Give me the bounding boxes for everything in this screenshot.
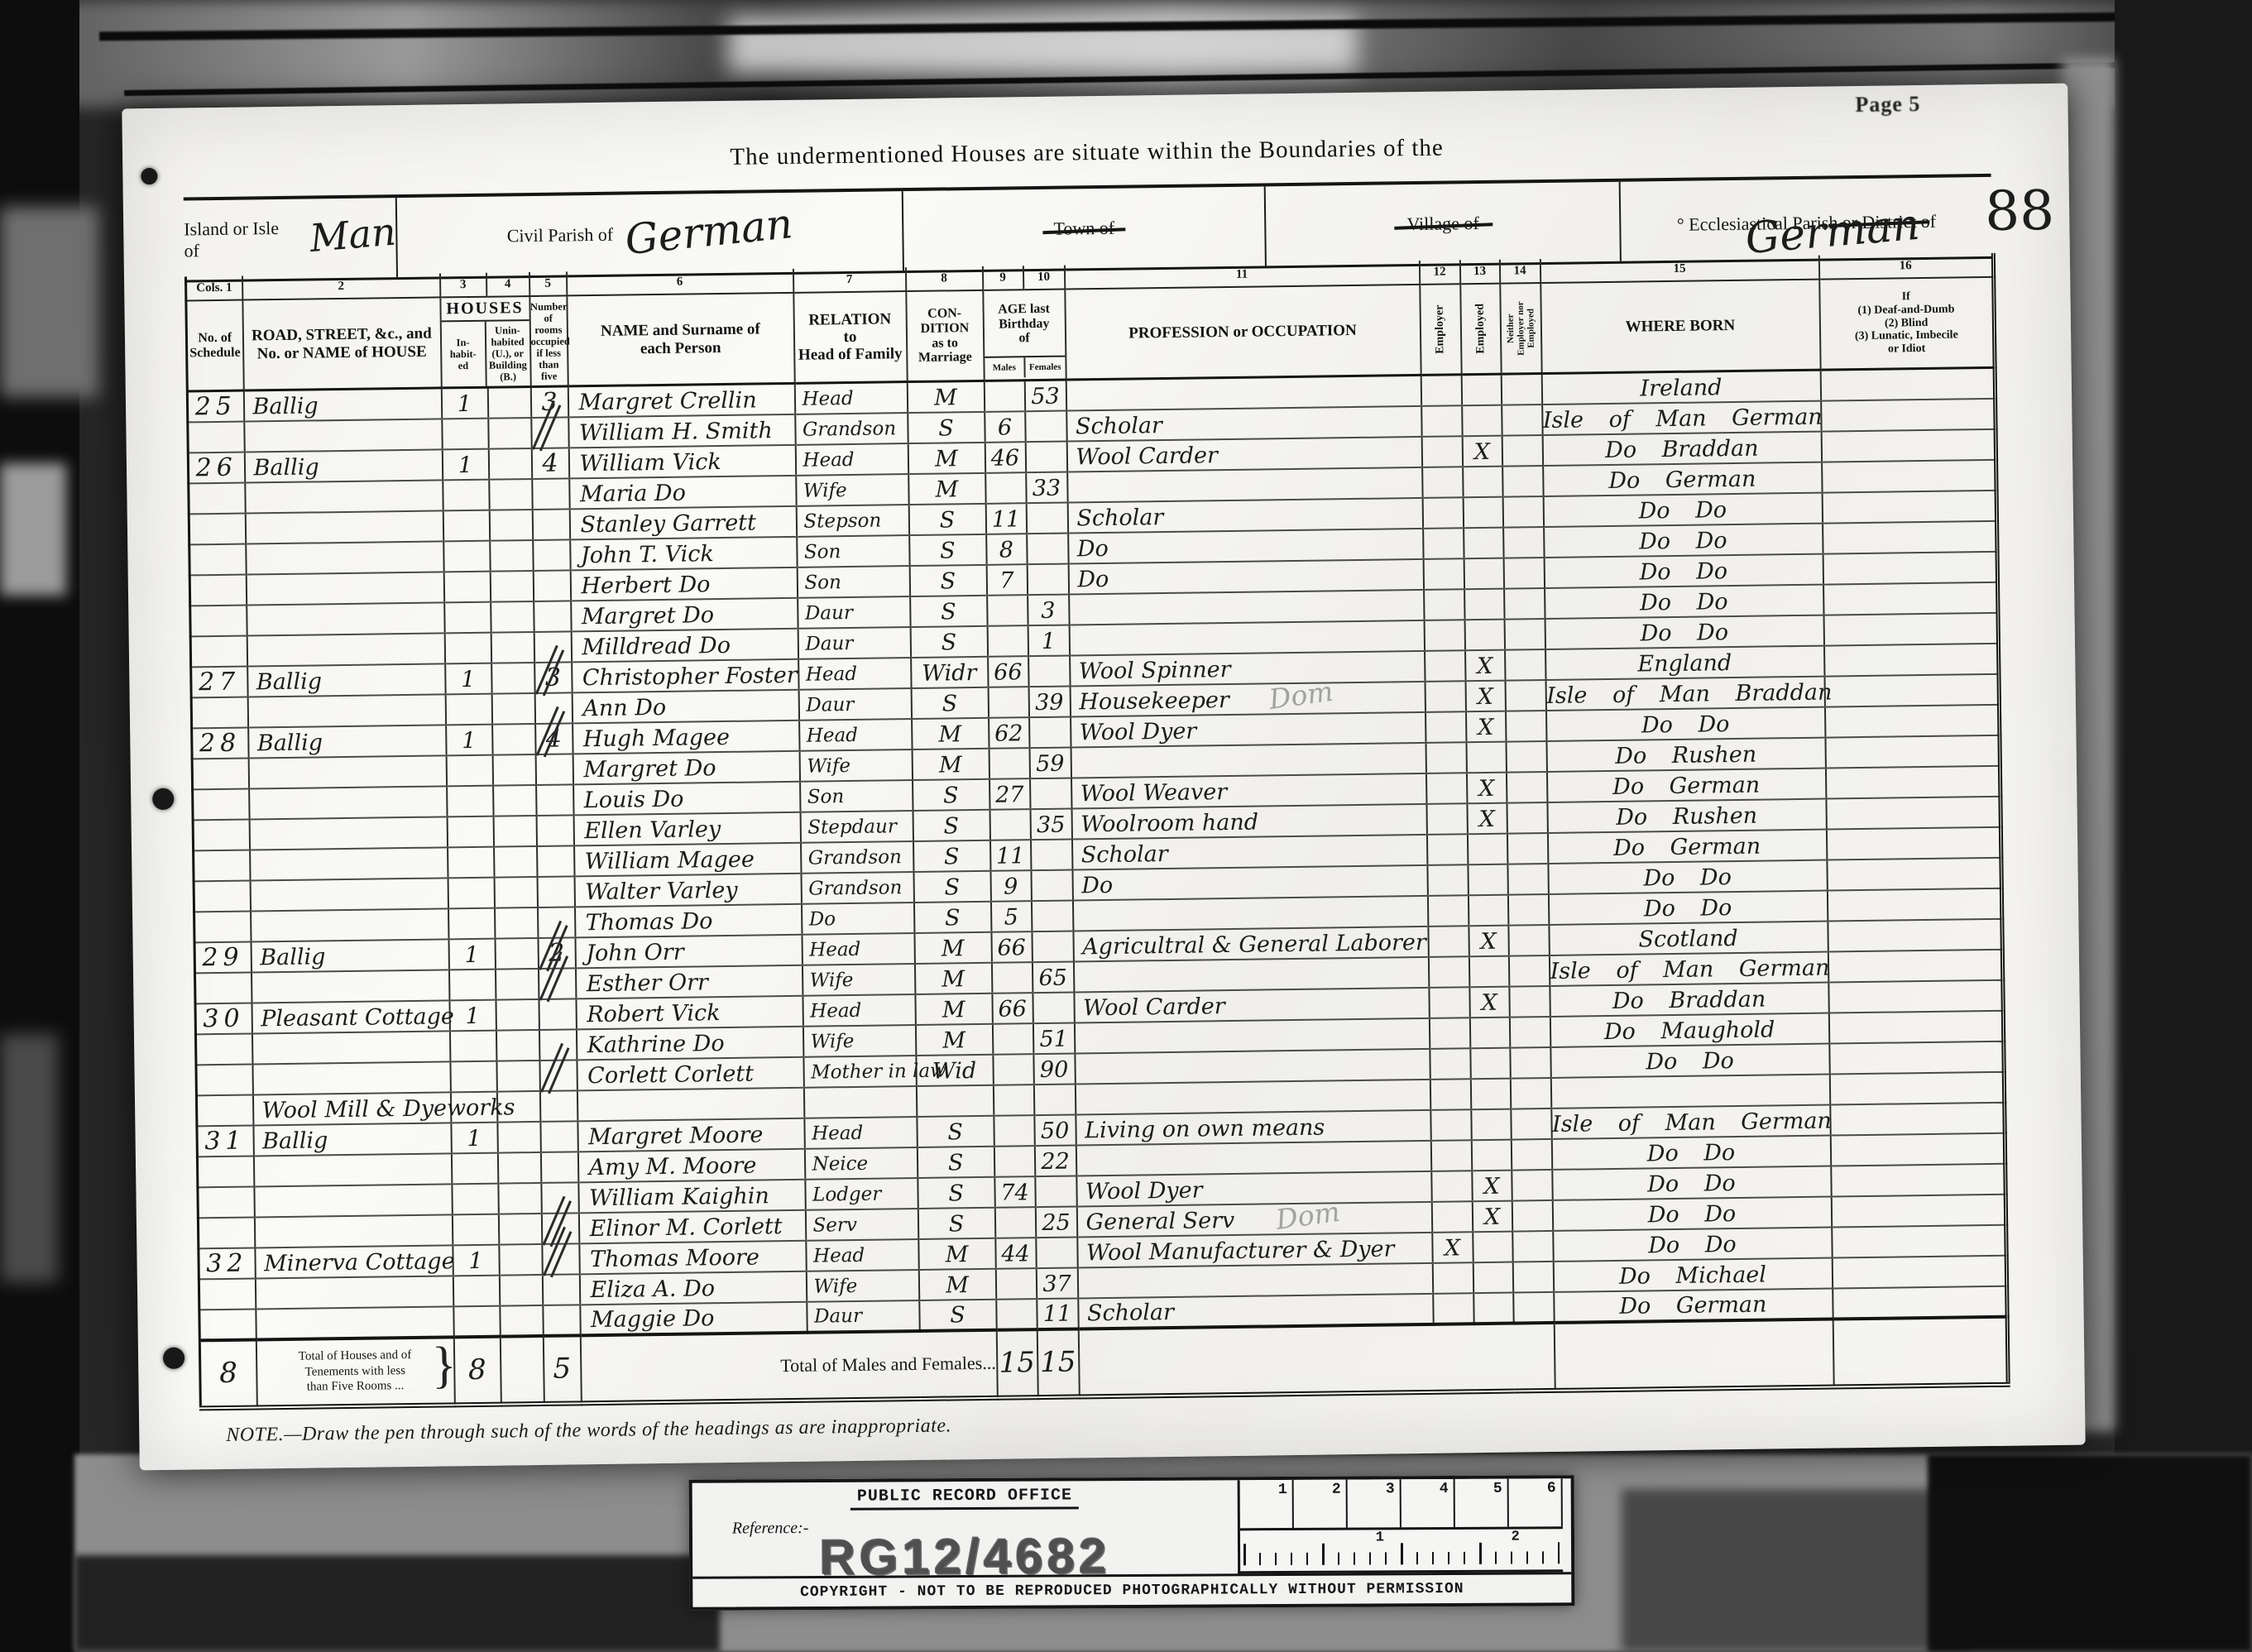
cell-road xyxy=(247,602,444,635)
cell-inhabited xyxy=(452,1214,498,1245)
cell-employer xyxy=(1425,773,1466,804)
cell-inhabited xyxy=(447,785,493,816)
cell-age_f: 90 xyxy=(1033,1053,1075,1085)
cell-uninhabited xyxy=(493,784,536,816)
cell-road xyxy=(254,1214,452,1247)
cell-relation: Head xyxy=(794,382,907,414)
cell-born: Do Do xyxy=(1545,706,1824,740)
cell-age_f xyxy=(1031,900,1072,931)
cell-relation: Grandson xyxy=(795,413,908,445)
totals-males-females-label: Total of Males and Females... xyxy=(580,1329,997,1403)
scan-artifact xyxy=(1622,1489,1969,1652)
cell-road: Ballig xyxy=(253,1123,451,1156)
cell-name: William Kaighin xyxy=(578,1179,805,1213)
cell-condition: S xyxy=(918,1176,994,1208)
cell-condition: Wid xyxy=(916,1054,993,1085)
cell-employed xyxy=(1463,466,1502,497)
village-label-struck: Village of xyxy=(1406,213,1479,235)
cell-uninhabited xyxy=(488,418,531,449)
cell-employer xyxy=(1432,1262,1473,1294)
cell-schedule: 30 xyxy=(195,1003,252,1034)
cell-schedule xyxy=(189,513,245,544)
cell-schedule: 32 xyxy=(199,1247,255,1279)
cell-age_f xyxy=(1025,441,1066,472)
cell-employed xyxy=(1470,1047,1510,1079)
cell-born: Do Do xyxy=(1550,1043,1829,1077)
cell-neither xyxy=(1512,1169,1552,1200)
cell-infirm xyxy=(1828,979,2003,1013)
cell-infirm xyxy=(1823,520,1997,553)
scan-artifact xyxy=(74,1555,720,1652)
totals-born-empty xyxy=(1554,1319,1833,1390)
cell-infirm xyxy=(1833,1286,2007,1319)
cell-condition: S xyxy=(913,901,990,932)
cell-neither xyxy=(1511,1108,1551,1139)
cell-name: John Orr xyxy=(575,934,802,968)
cell-relation: Do xyxy=(801,903,913,935)
cell-employed xyxy=(1473,1262,1512,1293)
civil-parish-field: Civil Parish of German xyxy=(397,191,904,277)
cell-condition: M xyxy=(915,1023,992,1055)
cell-relation: Head xyxy=(799,719,912,751)
cell-born: Do Do xyxy=(1548,860,1827,893)
cell-inhabited xyxy=(443,540,490,572)
cell-occupation: Wool Dyer xyxy=(1071,711,1425,747)
ecclesiastical-parish-field: ° Ecclesiastical Parish or District of G… xyxy=(1621,177,1992,261)
cell-age_f: 51 xyxy=(1033,1022,1074,1054)
cell-age_m: 11 xyxy=(985,503,1026,534)
cell-age_f xyxy=(1025,410,1066,442)
cell-infirm xyxy=(1831,1194,2005,1227)
cell-rooms xyxy=(538,968,575,999)
cell-road xyxy=(245,510,443,543)
cell-age_m xyxy=(991,962,1032,994)
cell-inhabited xyxy=(443,510,489,541)
cell-employer xyxy=(1430,1109,1471,1141)
cell-inhabited xyxy=(453,1275,499,1306)
cell-age_f xyxy=(1036,1237,1077,1268)
cell-condition: S xyxy=(913,809,989,840)
cell-occupation xyxy=(1066,375,1421,410)
cell-rooms xyxy=(535,754,573,785)
cell-schedule xyxy=(195,1033,252,1065)
cell-rooms xyxy=(534,601,571,632)
cell-schedule xyxy=(193,819,249,850)
cell-age_f xyxy=(1030,839,1071,870)
cell-rooms xyxy=(531,417,568,448)
cell-relation: Daur xyxy=(807,1300,919,1332)
cell-rooms xyxy=(532,478,569,510)
cell-neither xyxy=(1513,1291,1554,1323)
cell-uninhabited xyxy=(489,479,532,510)
cell-age_m xyxy=(987,595,1028,626)
cell-occupation: Scholar xyxy=(1066,405,1421,441)
cell-condition: S xyxy=(908,411,985,443)
cell-infirm xyxy=(1828,918,2002,951)
cell-infirm xyxy=(1827,857,2001,890)
header-infirmities: If (1) Deaf-and-Dumb (2) Blind (3) Lunat… xyxy=(1819,277,1995,370)
cell-employer xyxy=(1423,528,1464,559)
cell-relation: Grandson xyxy=(801,841,913,874)
header-profession: PROFESSION or OCCUPATION xyxy=(1065,285,1421,380)
cell-condition: S xyxy=(913,870,990,902)
cell-relation: Grandson xyxy=(801,872,913,904)
cell-neither xyxy=(1510,1077,1550,1109)
hole-punch xyxy=(141,168,157,184)
cell-relation: Daur xyxy=(798,688,911,721)
village-field: Village of xyxy=(1266,182,1622,266)
cell-occupation xyxy=(1069,589,1424,625)
cell-age_f: 39 xyxy=(1028,686,1070,717)
cell-road: Ballig xyxy=(244,449,442,482)
cell-inhabited: 1 xyxy=(449,999,496,1031)
cell-inhabited xyxy=(446,754,492,786)
census-table-body: 25Ballig13Margret CrellinHeadM53IrelandW… xyxy=(187,367,2007,1340)
cell-age_f: 11 xyxy=(1037,1298,1078,1329)
cell-rooms xyxy=(539,998,576,1030)
cell-born: Do German xyxy=(1554,1288,1833,1322)
cell-age_f: 1 xyxy=(1028,625,1069,656)
totals-uninhabited xyxy=(500,1335,544,1404)
cell-relation: Neice xyxy=(804,1147,917,1179)
hole-punch xyxy=(152,788,174,810)
cell-employed: X xyxy=(1465,649,1505,681)
ruler-centimeters: 123456 xyxy=(1240,1478,1563,1530)
cell-uninhabited xyxy=(493,815,536,846)
cell-age_m: 44 xyxy=(995,1238,1036,1269)
cell-neither xyxy=(1502,405,1542,436)
cell-condition: M xyxy=(907,381,984,412)
cell-neither xyxy=(1503,527,1544,558)
column-number: 10 xyxy=(1023,266,1064,290)
totals-schedule: 8 xyxy=(199,1339,256,1408)
cell-infirm xyxy=(1831,1163,2005,1196)
cell-employed: X xyxy=(1467,802,1507,834)
cell-neither xyxy=(1504,588,1545,620)
totals-empty xyxy=(1078,1322,1555,1396)
page-number-stamp: 88 xyxy=(1985,179,2055,243)
cell-road: Ballig xyxy=(251,939,448,972)
cell-employed: X xyxy=(1469,986,1509,1018)
cell-age_m: 8 xyxy=(986,534,1027,565)
cell-occupation: Do xyxy=(1072,864,1427,900)
cell-condition: Widr xyxy=(911,656,988,687)
cell-infirm xyxy=(1822,459,1996,492)
cell-uninhabited xyxy=(490,571,533,602)
cell-occupation: Wool Carder xyxy=(1074,987,1429,1022)
cell-employed xyxy=(1464,527,1503,558)
scan-artifact xyxy=(0,207,99,397)
cell-uninhabited xyxy=(498,1213,541,1244)
cell-relation: Head xyxy=(798,658,911,690)
totals-houses-label: Total of Houses and of Tenements with le… xyxy=(256,1337,454,1407)
cell-occupation: Scholar xyxy=(1067,497,1422,533)
cell-age_m: 66 xyxy=(992,993,1033,1024)
cell-infirm xyxy=(1822,490,1996,523)
cell-condition: S xyxy=(910,625,987,657)
scan-artifact xyxy=(0,0,79,1652)
cell-age_m xyxy=(984,381,1024,412)
cell-name: Ellen Varley xyxy=(573,812,800,845)
island-field: Island or Isle of Man xyxy=(184,198,399,280)
cell-employer xyxy=(1428,926,1469,957)
cell-employer xyxy=(1431,1201,1472,1233)
cell-uninhabited xyxy=(494,845,537,877)
cell-condition: M xyxy=(914,931,991,963)
cell-age_m: 62 xyxy=(989,717,1029,749)
cell-age_m: 27 xyxy=(989,778,1030,810)
cell-age_m: 6 xyxy=(985,411,1025,443)
cell-schedule xyxy=(193,788,249,820)
cell-age_m: 7 xyxy=(986,564,1027,596)
cell-neither xyxy=(1512,1230,1553,1262)
cell-relation: Head xyxy=(802,933,914,965)
cell-occupation: Wool Weaver xyxy=(1071,773,1426,808)
cell-inhabited xyxy=(451,1152,497,1184)
cell-employer xyxy=(1430,1048,1470,1080)
cell-age_f xyxy=(1033,992,1074,1023)
cell-employed xyxy=(1466,741,1506,773)
totals-inhabited: 8 xyxy=(453,1336,501,1405)
cell-uninhabited xyxy=(492,723,535,754)
cell-employed xyxy=(1464,588,1504,620)
cell-road xyxy=(249,816,447,850)
cell-infirm xyxy=(1824,704,1999,737)
cell-relation: Stepson xyxy=(796,505,908,537)
cell-infirm xyxy=(1832,1224,2006,1257)
cell-age_m: 11 xyxy=(989,840,1030,871)
cell-inhabited: 1 xyxy=(441,387,487,419)
cell-occupation xyxy=(1075,1048,1430,1084)
cell-schedule xyxy=(189,543,246,575)
cell-age_m xyxy=(993,1054,1033,1085)
cell-employed xyxy=(1473,1231,1512,1262)
cell-employer xyxy=(1426,834,1467,865)
cell-employer xyxy=(1426,803,1467,835)
cell-road xyxy=(249,786,447,819)
cell-schedule: 25 xyxy=(187,390,243,422)
column-number: 12 xyxy=(1419,260,1459,285)
cell-occupation xyxy=(1077,1262,1432,1298)
cell-name: William H. Smith xyxy=(568,414,795,448)
cell-name: Robert Vick xyxy=(576,995,803,1029)
cell-name: William Vick xyxy=(568,444,795,478)
totals-rooms: 5 xyxy=(543,1335,581,1404)
header-name: NAME and Surname of each Person xyxy=(567,293,794,386)
cell-rooms xyxy=(537,876,574,907)
cell-occupation: Do xyxy=(1068,528,1423,563)
cell-age_m: 66 xyxy=(988,656,1028,687)
cell-condition xyxy=(916,1085,993,1116)
cell-born: Do Do xyxy=(1545,584,1823,618)
cell-uninhabited xyxy=(491,601,534,633)
scan-artifact xyxy=(0,1034,58,1282)
cell-inhabited: 1 xyxy=(442,448,488,480)
cell-uninhabited xyxy=(496,1029,539,1061)
cell-road xyxy=(245,480,443,513)
cell-occupation xyxy=(1072,895,1427,931)
cell-age_f xyxy=(1028,655,1070,687)
cell-uninhabited xyxy=(499,1274,542,1305)
town-label-struck: Town of xyxy=(1053,218,1114,240)
civil-parish-value-handwritten: German xyxy=(623,199,795,264)
cell-road xyxy=(253,1153,451,1186)
cell-infirm xyxy=(1828,1010,2003,1043)
cell-employer xyxy=(1425,681,1465,712)
cell-name xyxy=(577,1087,803,1121)
cell-neither xyxy=(1502,435,1542,467)
header-schedule: No. of Schedule xyxy=(186,300,243,391)
cell-neither xyxy=(1512,1199,1552,1231)
form-title: The undermentioned Houses are situate wi… xyxy=(183,127,1991,179)
cell-name: Walter Varley xyxy=(574,873,801,907)
cell-road: Ballig xyxy=(248,725,446,758)
cell-born xyxy=(1550,1074,1829,1108)
cell-condition: S xyxy=(919,1299,996,1330)
cell-name: Christopher Foster xyxy=(572,658,798,692)
town-field: Town of xyxy=(903,186,1267,271)
cell-employer xyxy=(1425,711,1466,743)
cell-road xyxy=(252,1031,449,1064)
cell-employer xyxy=(1424,589,1464,620)
census-table: Cols. 12345678910111213141516 No. of Sch… xyxy=(184,253,2010,1410)
cell-inhabited xyxy=(450,1091,496,1123)
cell-schedule xyxy=(196,1064,252,1095)
cell-born: Do Do xyxy=(1552,1166,1831,1199)
cell-neither xyxy=(1502,496,1543,528)
cell-relation: Serv xyxy=(805,1208,918,1240)
cell-inhabited: 1 xyxy=(451,1122,497,1153)
cell-born: Scotland xyxy=(1549,921,1828,955)
cell-road xyxy=(246,541,443,574)
cell-neither xyxy=(1505,710,1545,741)
cell-road xyxy=(248,755,446,788)
cell-uninhabited xyxy=(494,876,537,907)
cell-infirm xyxy=(1820,367,1995,400)
cell-inhabited: 1 xyxy=(446,724,492,755)
cell-schedule xyxy=(198,1186,254,1218)
cell-employed: X xyxy=(1472,1200,1512,1232)
cell-age_m xyxy=(995,1268,1036,1300)
cell-occupation xyxy=(1076,1140,1430,1176)
cell-age_m: 74 xyxy=(994,1176,1035,1208)
cell-employed xyxy=(1469,1017,1509,1048)
cell-born: Do Do xyxy=(1548,890,1827,924)
cell-employed xyxy=(1469,955,1508,987)
cell-age_f xyxy=(1027,563,1068,595)
cell-inhabited xyxy=(448,846,494,878)
cell-born: Do Maughold xyxy=(1550,1013,1828,1046)
totals-females: 15 xyxy=(1037,1329,1079,1397)
cell-road xyxy=(255,1276,453,1309)
cell-neither xyxy=(1507,863,1548,894)
scan-artifact xyxy=(1928,1454,2252,1652)
cell-road: Minerva Cottage xyxy=(255,1245,453,1278)
cell-relation: Son xyxy=(797,535,909,567)
cell-name: Herbert Do xyxy=(570,567,797,601)
cell-age_f xyxy=(1027,533,1068,564)
header-rooms: Number of rooms occupied if less than fi… xyxy=(529,295,568,386)
cell-condition: M xyxy=(918,1238,995,1269)
cell-employer xyxy=(1421,375,1461,406)
header-where-born: WHERE BORN xyxy=(1540,280,1820,374)
cell-schedule xyxy=(199,1278,255,1310)
cell-neither xyxy=(1503,558,1544,589)
cell-employed xyxy=(1467,833,1507,864)
cell-occupation xyxy=(1067,467,1422,502)
cell-road xyxy=(246,572,443,605)
cell-occupation xyxy=(1074,1018,1429,1053)
cell-road: Wool Mill & Dyeworks xyxy=(252,1092,450,1125)
cell-infirm xyxy=(1829,1071,2004,1104)
cell-inhabited xyxy=(447,816,493,847)
cell-employed: X xyxy=(1466,711,1506,742)
cell-rooms: 3 xyxy=(534,662,572,693)
footer-note: NOTE.—Draw the pen through such of the w… xyxy=(226,1415,951,1446)
cell-name: Amy M. Moore xyxy=(577,1148,804,1182)
cell-employer xyxy=(1423,558,1464,590)
cell-employer: X xyxy=(1432,1232,1473,1263)
cell-occupation xyxy=(1075,1079,1430,1114)
cell-road xyxy=(252,1061,450,1094)
cell-uninhabited xyxy=(497,1152,540,1183)
cell-uninhabited xyxy=(492,754,535,785)
cell-name: Kathrine Do xyxy=(576,1026,803,1060)
cell-age_f: 25 xyxy=(1035,1206,1076,1238)
measurement-ruler: 123456 12 xyxy=(1238,1478,1564,1573)
cell-age_m xyxy=(993,1085,1033,1116)
cell-age_m xyxy=(989,809,1030,840)
cell-uninhabited xyxy=(488,448,531,480)
cell-relation: Head xyxy=(804,1116,917,1148)
cell-employed xyxy=(1470,1078,1510,1109)
cell-born: Do German xyxy=(1546,768,1825,802)
cell-born: Do Do xyxy=(1552,1196,1831,1230)
civil-parish-label: Civil Parish of xyxy=(507,224,614,247)
cell-road: Ballig xyxy=(243,388,441,421)
cell-inhabited xyxy=(449,1030,496,1061)
cell-employer xyxy=(1421,436,1462,467)
cell-condition: M xyxy=(912,748,989,779)
cell-condition: S xyxy=(913,778,989,810)
cell-infirm xyxy=(1824,673,1999,706)
column-number: 4 xyxy=(486,272,529,297)
cell-schedule xyxy=(190,635,247,667)
cell-infirm xyxy=(1826,826,2000,860)
cell-employer xyxy=(1422,467,1463,498)
cell-employed xyxy=(1462,405,1502,436)
cell-age_f: 50 xyxy=(1034,1114,1076,1146)
cell-born: Do Braddan xyxy=(1550,982,1828,1016)
cell-neither xyxy=(1508,955,1549,986)
cell-inhabited xyxy=(444,601,491,633)
cell-neither xyxy=(1501,374,1541,405)
cell-schedule: 27 xyxy=(191,666,247,697)
header-neither: Neither Employer nor Employed xyxy=(1500,283,1541,374)
cell-employer xyxy=(1431,1171,1472,1202)
cell-occupation xyxy=(1069,620,1424,655)
cell-name: Elinor M. Corlett xyxy=(578,1209,805,1243)
cell-employed xyxy=(1464,558,1503,589)
cell-schedule: 31 xyxy=(197,1125,253,1156)
column-number: 5 xyxy=(529,271,566,296)
cell-road xyxy=(250,878,448,911)
cell-employer xyxy=(1425,650,1465,682)
public-record-office-stamp: PUBLIC RECORD OFFICE Reference:- RG12/46… xyxy=(689,1475,1575,1611)
hole-punch xyxy=(163,1348,184,1369)
cell-infirm xyxy=(1823,612,1998,645)
cell-rooms xyxy=(536,784,573,816)
